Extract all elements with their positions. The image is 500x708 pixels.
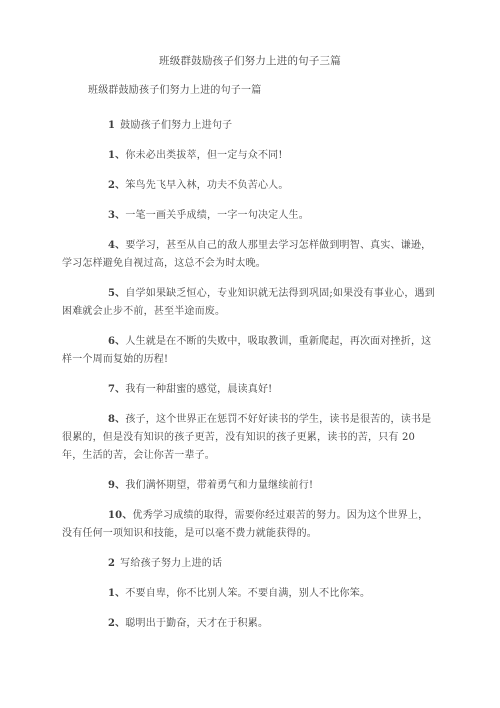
list-item-number: 7、 [108, 384, 125, 395]
section-1-heading-text: 鼓励孩子们努力上进句子 [120, 120, 232, 131]
document-title: 班级群鼓励孩子们努力上进的句子三篇 [62, 52, 438, 70]
list-item-number: 9、 [108, 480, 125, 491]
list-item-number: 5、 [108, 288, 125, 299]
list-item-number: 1、 [108, 588, 125, 599]
list-item-text: 笨鸟先飞早入林，功夫不负苦心人。 [125, 180, 288, 191]
list-item: 4、要学习，甚至从自己的敌人那里去学习怎样做到明智、真实、谦逊，学习怎样避免自视… [62, 237, 438, 273]
list-item-text: 你未必出类拔萃，但一定与众不同! [125, 150, 282, 161]
list-item-text: 我有一种甜蜜的感觉，晨读真好! [125, 384, 272, 395]
list-item-text: 聪明出于勤奋，天才在于积累。 [125, 618, 268, 629]
list-item-number: 2、 [108, 180, 125, 191]
list-item: 1、不要自卑，你不比别人笨。不要自满，别人不比你笨。 [62, 585, 438, 603]
list-item: 6、人生就是在不断的失败中，吸取教训，重新爬起，再次面对挫折，这样一个周而复始的… [62, 333, 438, 369]
section-1-heading-number: 1 [108, 120, 115, 131]
list-item-text: 不要自卑，你不比别人笨。不要自满，别人不比你笨。 [125, 588, 370, 599]
list-item: 2、笨鸟先飞早入林，功夫不负苦心人。 [62, 177, 438, 195]
section-2-heading: 2写给孩子努力上进的话 [62, 555, 438, 573]
document-subtitle: 班级群鼓励孩子们努力上进的句子一篇 [62, 82, 438, 100]
section-1-heading: 1鼓励孩子们努力上进句子 [62, 117, 438, 135]
list-item-number: 10、 [108, 510, 133, 521]
list-item: 1、你未必出类拔萃，但一定与众不同! [62, 147, 438, 165]
list-item-number: 3、 [108, 210, 125, 221]
list-item-number: 4、 [108, 240, 125, 251]
list-item: 10、优秀学习成绩的取得，需要你经过艰苦的努力。因为这个世界上，没有任何一项知识… [62, 507, 438, 543]
list-item: 2、聪明出于勤奋，天才在于积累。 [62, 615, 438, 633]
list-item: 5、自学如果缺乏恒心，专业知识就无法得到巩固;如果没有事业心，遇到困难就会止步不… [62, 285, 438, 321]
list-item: 3、一笔一画关乎成绩，一字一句决定人生。 [62, 207, 438, 225]
list-item-text: 一笔一画关乎成绩，一字一句决定人生。 [125, 210, 309, 221]
list-item-number: 8、 [108, 414, 125, 425]
list-item: 9、我们满怀期望，带着勇气和力量继续前行! [62, 477, 438, 495]
document-page: 班级群鼓励孩子们努力上进的句子三篇 班级群鼓励孩子们努力上进的句子一篇 1鼓励孩… [0, 0, 500, 708]
section-2-heading-text: 写给孩子努力上进的话 [120, 558, 222, 569]
list-item-number: 1、 [108, 150, 125, 161]
list-item: 8、孩子，这个世界正在惩罚不好好读书的学生，读书是很苦的，读书是很累的，但是没有… [62, 411, 438, 465]
list-item: 7、我有一种甜蜜的感觉，晨读真好! [62, 381, 438, 399]
list-item-number: 2、 [108, 618, 125, 629]
section-2-heading-number: 2 [108, 558, 115, 569]
list-item-text: 我们满怀期望，带着勇气和力量继续前行! [125, 480, 313, 491]
list-item-number: 6、 [108, 336, 125, 347]
